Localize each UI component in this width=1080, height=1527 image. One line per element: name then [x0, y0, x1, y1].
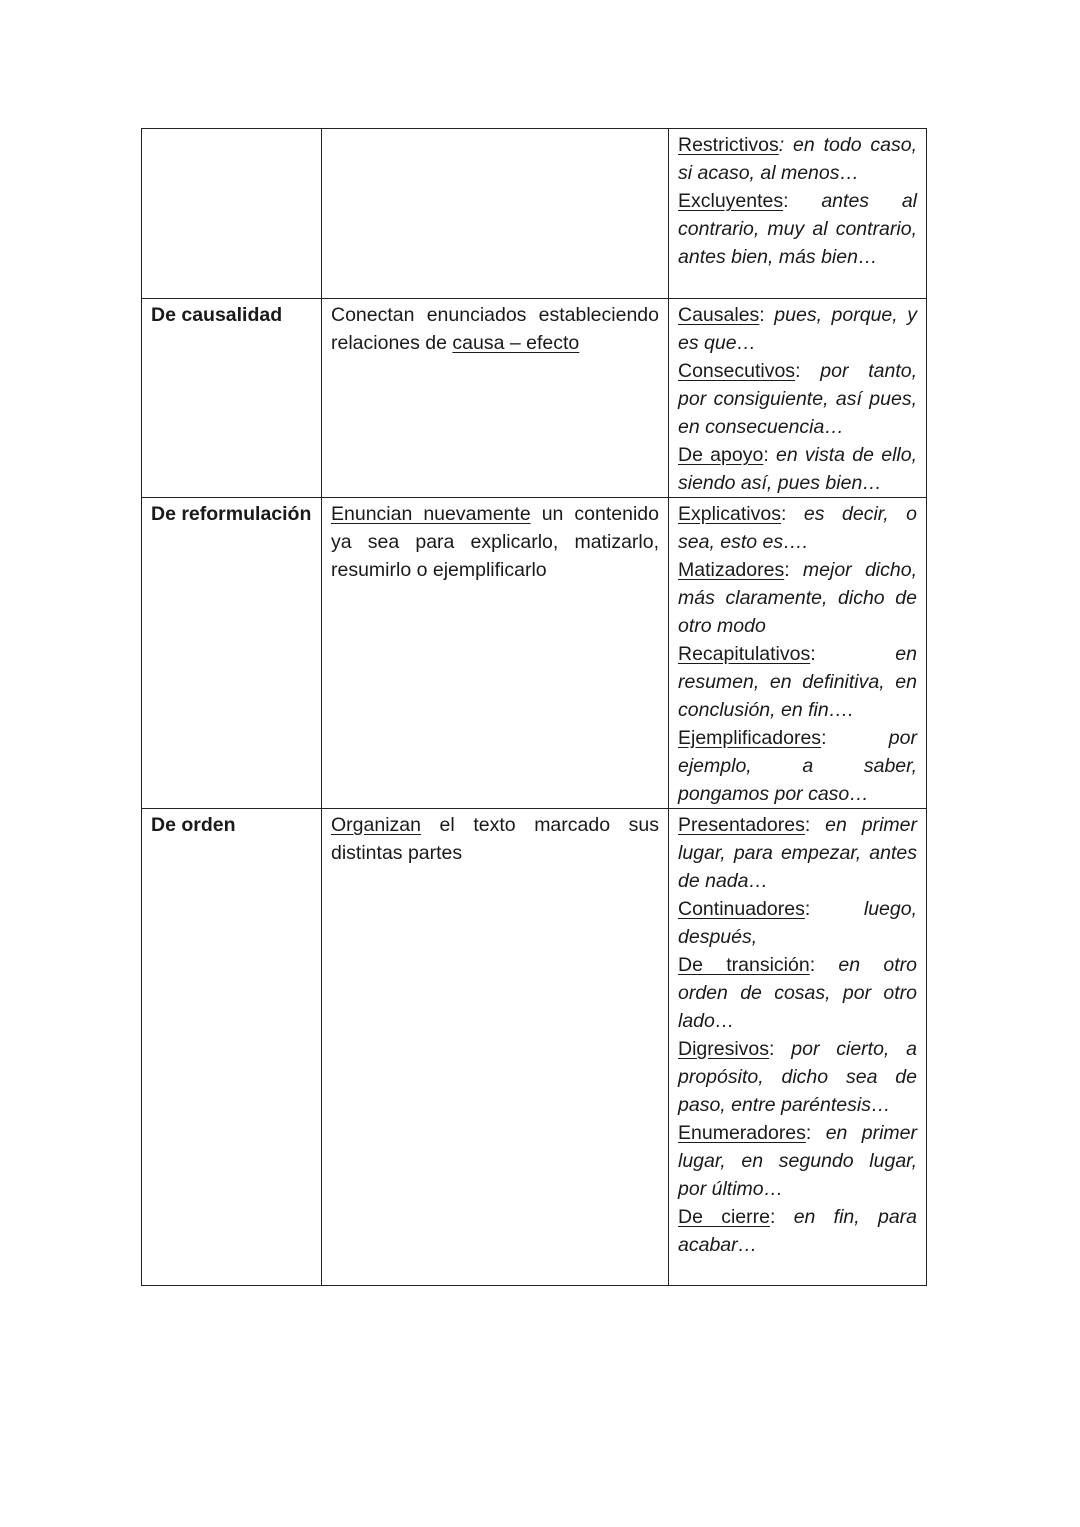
connector-type: Continuadores — [678, 898, 805, 920]
examples-cell: Causales: pues, porque, y es que…Consecu… — [669, 299, 927, 498]
example-entry: Ejemplificadores: por ejemplo, a saber, … — [678, 724, 917, 808]
connector-type: Enumeradores — [678, 1122, 806, 1144]
description-text: causa – efecto — [452, 332, 579, 354]
example-entry: Causales: pues, porque, y es que… — [678, 301, 917, 357]
table-row: De causalidadConectan enunciados estable… — [142, 299, 927, 498]
table-row: Restrictivos: en todo caso, si acaso, al… — [142, 129, 927, 299]
category-cell: De causalidad — [142, 299, 322, 498]
connector-type: Ejemplificadores — [678, 727, 821, 749]
example-entry: Consecutivos: por tanto, por consiguient… — [678, 357, 917, 441]
examples-cell: Restrictivos: en todo caso, si acaso, al… — [669, 129, 927, 299]
connector-type: Restrictivos — [678, 134, 779, 156]
category-cell: De reformulación — [142, 498, 322, 809]
connector-type: De apoyo — [678, 444, 763, 466]
example-entry: De apoyo: en vista de ello, siendo así, … — [678, 441, 917, 497]
examples-cell: Explicativos: es decir, o sea, esto es….… — [669, 498, 927, 809]
example-entry: Enumeradores: en primer lugar, en segund… — [678, 1119, 917, 1203]
connectors-table: Restrictivos: en todo caso, si acaso, al… — [141, 128, 927, 1286]
example-entry: Recapitulativos: en resumen, en definiti… — [678, 640, 917, 724]
example-entry: Excluyentes: antes al contrario, muy al … — [678, 187, 917, 271]
connector-type: Explicativos — [678, 503, 781, 525]
description-text: Organizan — [331, 814, 421, 836]
examples-cell: Presentadores: en primer lugar, para emp… — [669, 809, 927, 1286]
document-page: Restrictivos: en todo caso, si acaso, al… — [0, 0, 1080, 1527]
example-entry: De transición: en otro orden de cosas, p… — [678, 951, 917, 1035]
connector-type: Excluyentes — [678, 190, 783, 212]
table-row: De reformulaciónEnuncian nuevamente un c… — [142, 498, 927, 809]
connector-type: Causales — [678, 304, 759, 326]
description-text: Enuncian nuevamente — [331, 503, 531, 525]
connector-type: De transición — [678, 954, 810, 976]
connector-type: Presentadores — [678, 814, 805, 836]
example-entry: Presentadores: en primer lugar, para emp… — [678, 811, 917, 895]
description-cell — [322, 129, 669, 299]
connector-type: Recapitulativos — [678, 643, 810, 665]
category-cell: De orden — [142, 809, 322, 1286]
example-entry: Digresivos: por cierto, a propósito, dic… — [678, 1035, 917, 1119]
example-entry: Explicativos: es decir, o sea, esto es…. — [678, 500, 917, 556]
example-entry: Restrictivos: en todo caso, si acaso, al… — [678, 131, 917, 187]
description-cell: Organizan el texto marcado sus distintas… — [322, 809, 669, 1286]
example-entry: Matizadores: mejor dicho, más claramente… — [678, 556, 917, 640]
connector-type: Digresivos — [678, 1038, 769, 1060]
description-cell: Conectan enunciados estableciendo relaci… — [322, 299, 669, 498]
category-cell — [142, 129, 322, 299]
connector-type: Consecutivos — [678, 360, 795, 382]
connector-type: De cierre — [678, 1206, 770, 1228]
table-row: De ordenOrganizan el texto marcado sus d… — [142, 809, 927, 1286]
description-cell: Enuncian nuevamente un contenido ya sea … — [322, 498, 669, 809]
connector-type: Matizadores — [678, 559, 784, 581]
example-entry: Continuadores: luego, después, — [678, 895, 917, 951]
example-entry: De cierre: en fin, para acabar… — [678, 1203, 917, 1259]
